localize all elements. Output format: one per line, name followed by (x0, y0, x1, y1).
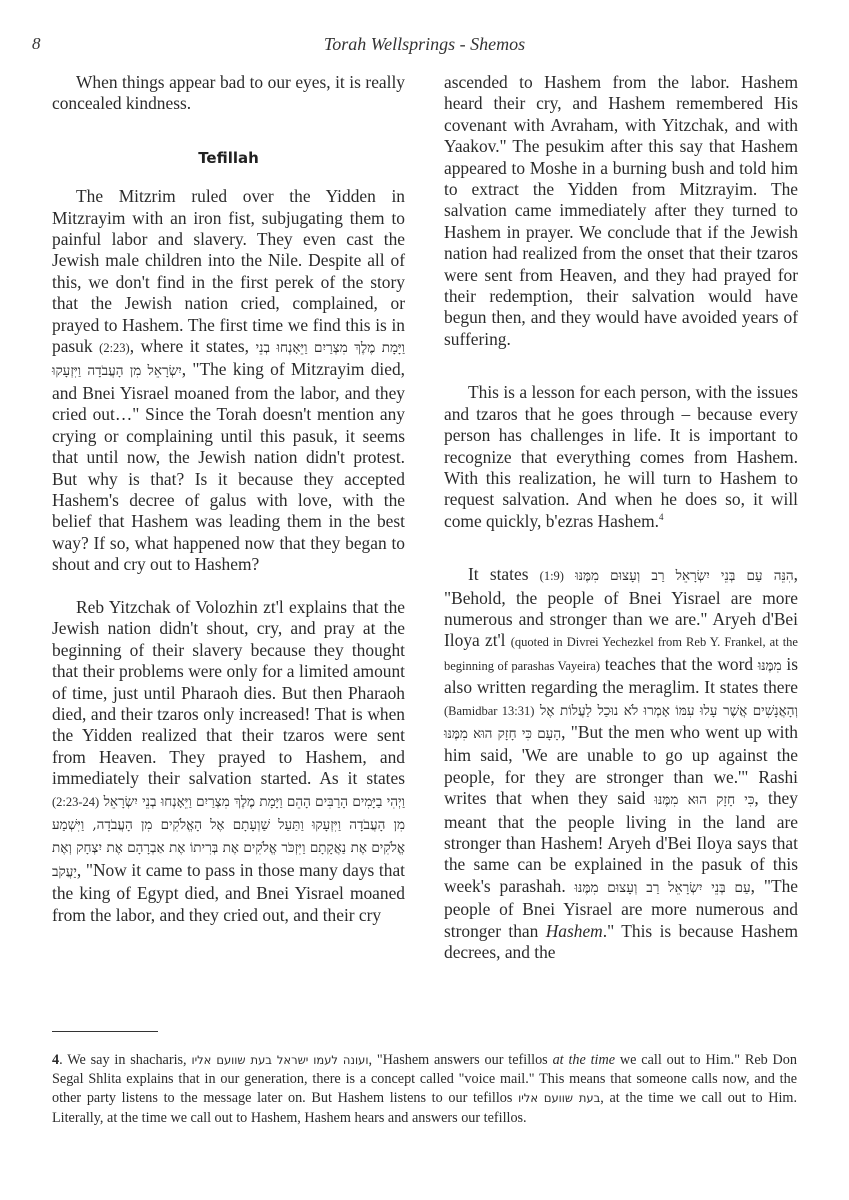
text: This is a lesson for each person, with t… (444, 382, 798, 530)
hebrew-quote: כִּי חָזָק הוּא מִמֶּנּוּ (655, 792, 755, 808)
text: The Mitzrim ruled over the Yidden in Mit… (52, 186, 405, 356)
paragraph: This is a lesson for each person, with t… (444, 382, 798, 532)
paragraph: It states (1:9) הִנֵּה עַם בְּנֵי יִשְׂר… (444, 564, 798, 963)
text: , "Now it came to pass in those many day… (52, 860, 405, 925)
hebrew-quote: בעת שוועם אליו (518, 1091, 600, 1105)
text: teaches that the word (600, 654, 758, 674)
page-header: 8 Torah Wellsprings - Shemos (32, 34, 817, 58)
text: It states (468, 564, 540, 584)
verse-reference: (Bamidbar 13:31) (444, 704, 534, 718)
hebrew-quote: עַם בְּנֵי יִשְׂרָאֵל רַב וְעָצוּם מִמֶּ… (575, 880, 751, 896)
text: , "Hashem answers our tefillos (368, 1052, 552, 1068)
footnote-marker[interactable]: 4 (659, 512, 664, 522)
hebrew-quote: הִנֵּה עַם בְּנֵי יִשְׂרָאֵל רַב וְעָצוּ… (575, 568, 793, 584)
hebrew-quote: ועונה לעמו ישראל בעת שוועם אליו (191, 1053, 368, 1067)
verse-reference: (1:9) (540, 569, 564, 583)
paragraph: ascended to Hashem from the labor. Hashe… (444, 72, 798, 350)
paragraph: The Mitzrim ruled over the Yidden in Mit… (52, 186, 405, 575)
paragraph: When things appear bad to our eyes, it i… (52, 72, 405, 115)
text: , where it states, (130, 336, 256, 356)
emphasis: Hashem (546, 921, 603, 941)
text: Reb Yitzchak of Volozhin zt'l explains t… (52, 597, 405, 788)
footnote-divider (52, 1031, 158, 1032)
verse-reference: (2:23-24) (52, 795, 99, 809)
emphasis: at the time (553, 1052, 615, 1068)
right-column: ascended to Hashem from the labor. Hashe… (444, 72, 798, 963)
text: . We say in shacharis, (59, 1052, 191, 1068)
hebrew-word: מִמֶּנּוּ (758, 658, 782, 674)
left-column: When things appear bad to our eyes, it i… (52, 72, 405, 926)
footnote: 4. We say in shacharis, ועונה לעמו ישראל… (52, 1051, 797, 1128)
running-title: Torah Wellsprings - Shemos (32, 34, 817, 55)
section-heading: Tefillah (52, 148, 405, 169)
verse-reference: (2:23) (99, 341, 130, 355)
text: , "The king of Mitzrayim died, and Bnei … (52, 359, 405, 574)
paragraph: Reb Yitzchak of Volozhin zt'l explains t… (52, 597, 405, 926)
